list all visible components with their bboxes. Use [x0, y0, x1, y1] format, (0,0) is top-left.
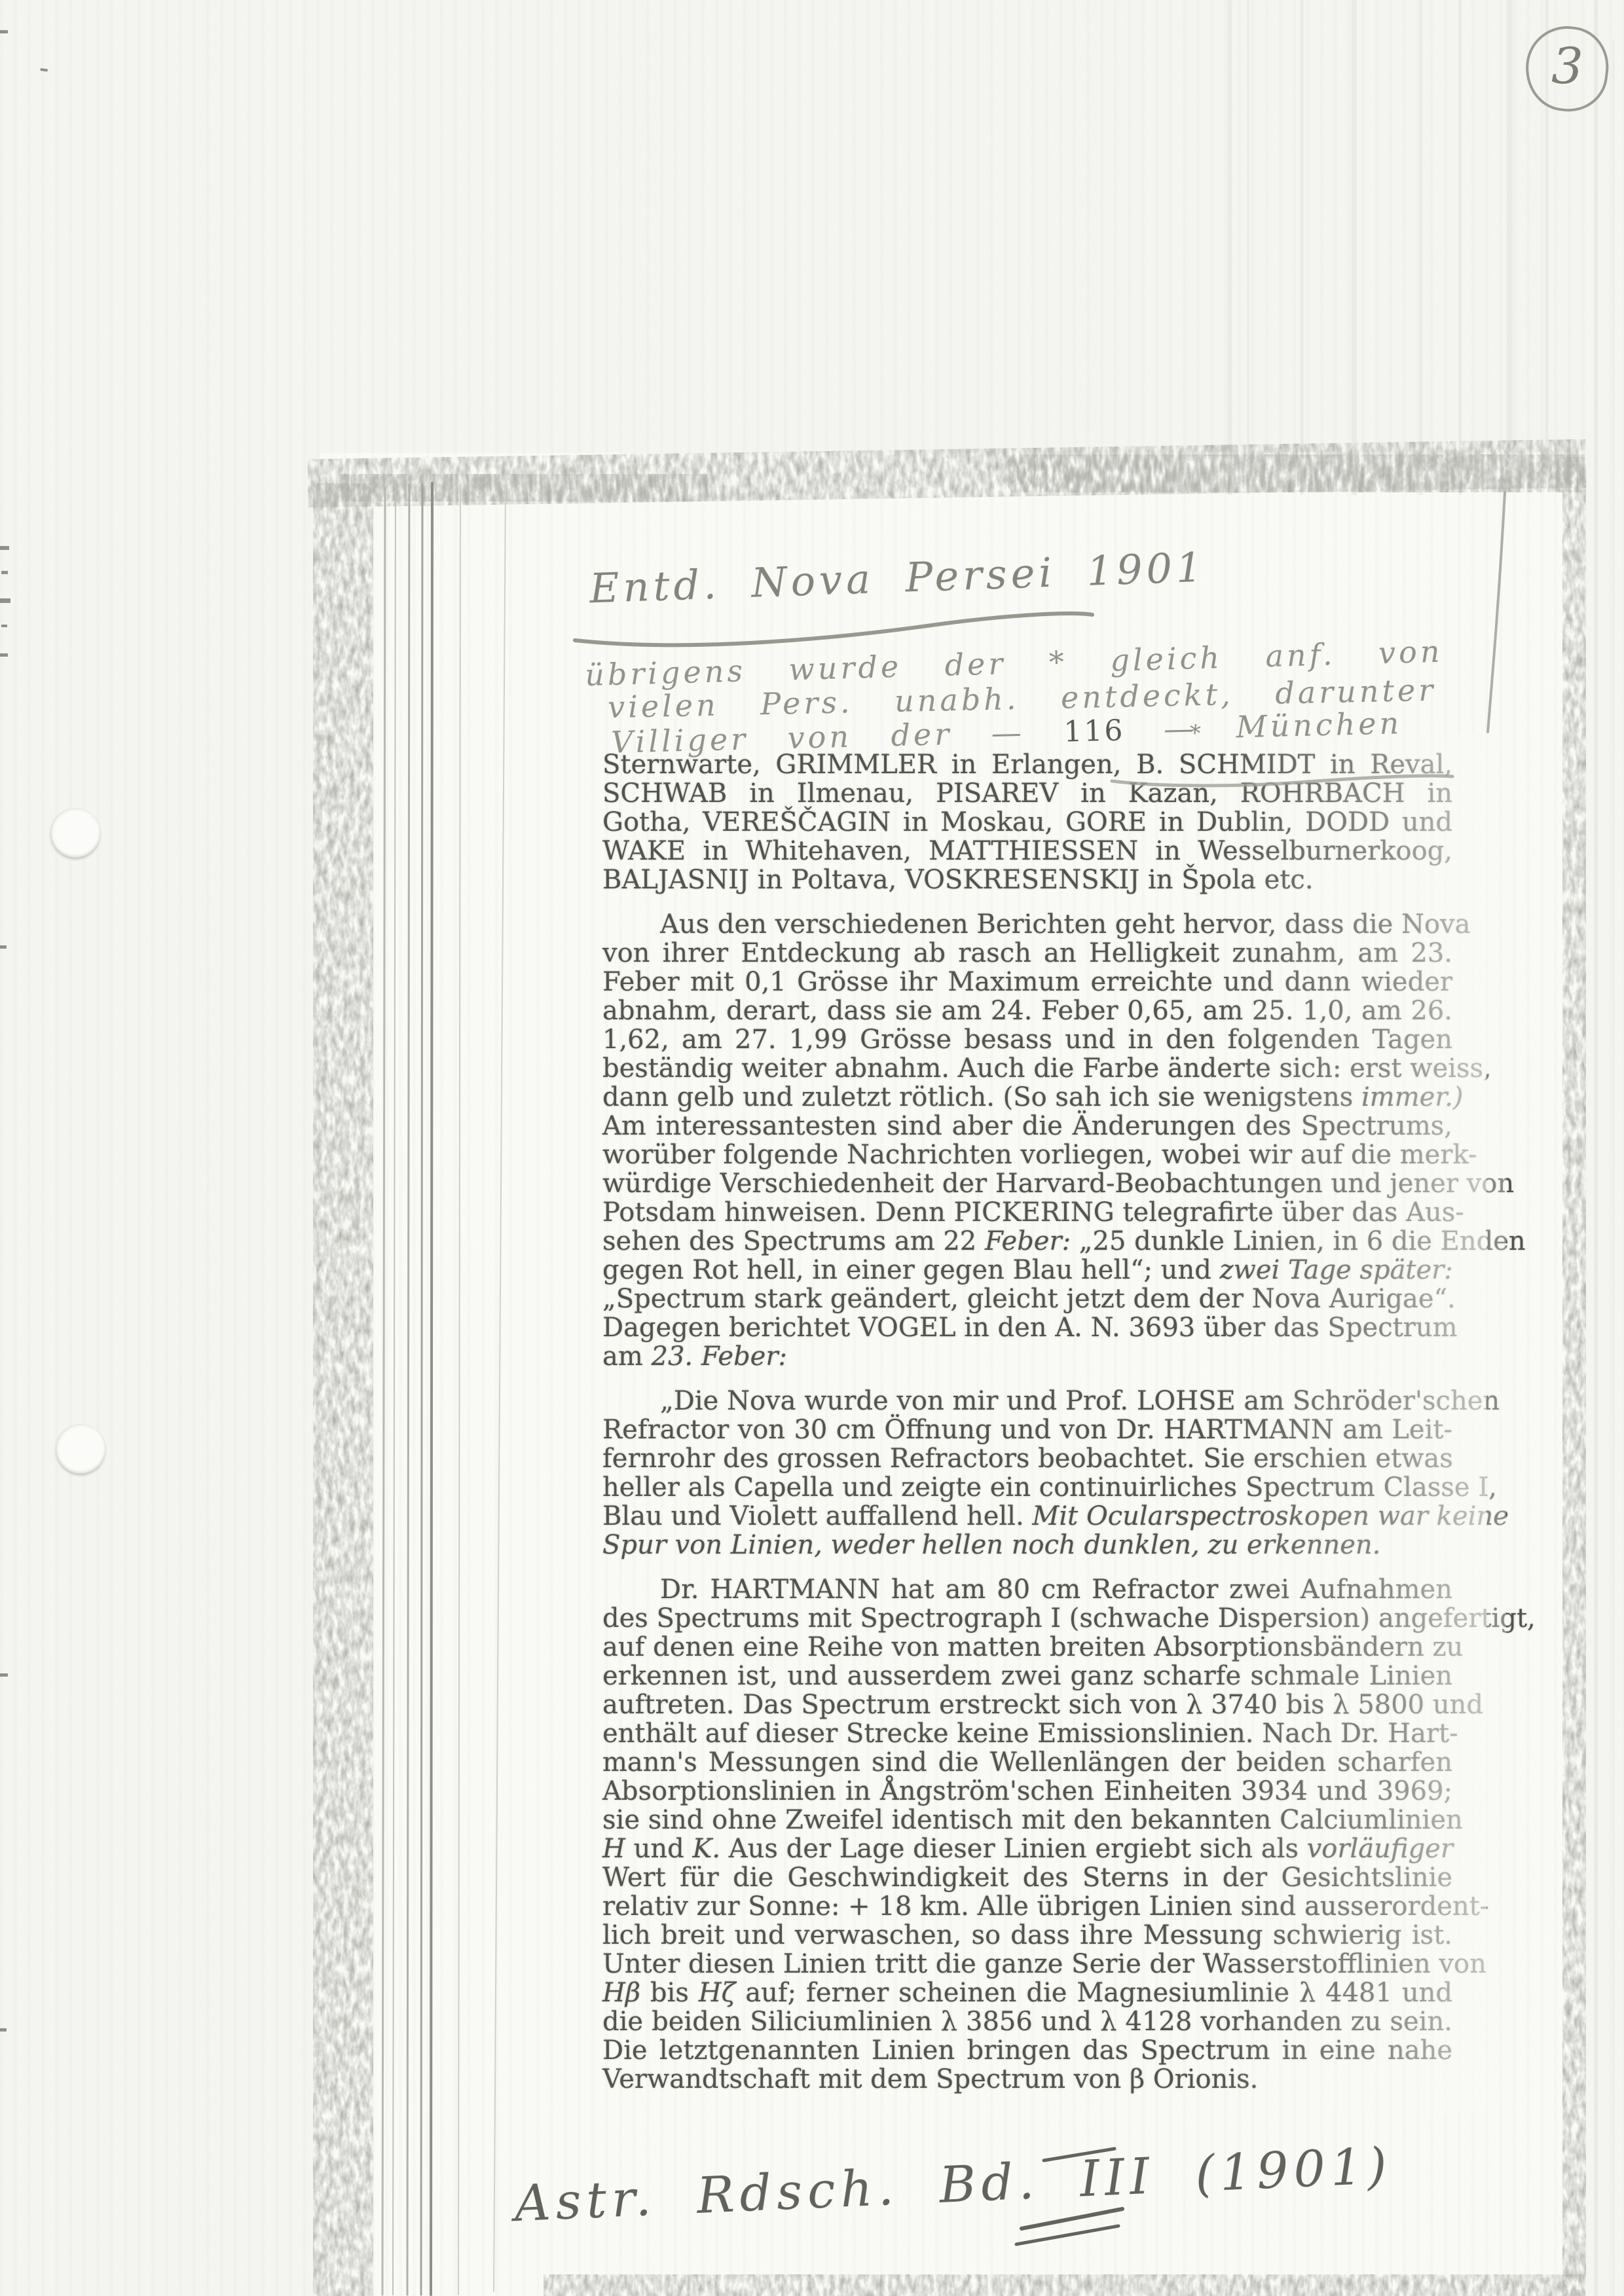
text-line: WAKE in Whitehaven, MATTHIESSEN in Wesse… — [602, 837, 1452, 866]
italic-run: Hβ — [602, 1978, 640, 2008]
text-line: worüber folgende Nachrichten vorliegen, … — [602, 1140, 1452, 1169]
text-line: „Spectrum stark geändert, gleicht jetzt … — [602, 1285, 1452, 1313]
text-line: Potsdam hinweisen. Denn PICKERING telegr… — [602, 1198, 1452, 1227]
text-line: 1,62, am 27. 1,99 Grösse besass und in d… — [602, 1025, 1452, 1054]
italic-run: 23. Feber: — [652, 1341, 787, 1372]
text-line: auftreten. Das Spectrum erstreckt sich v… — [602, 1690, 1452, 1719]
italic-run: zwei Tage später: — [1220, 1255, 1453, 1285]
text-line: dann gelb und zuletzt rötlich. (So sah i… — [602, 1083, 1452, 1112]
circled-page-number: 3 — [1521, 22, 1614, 116]
italic-run: immer.) — [1361, 1082, 1463, 1112]
text-line: Dr. HARTMANN hat am 80 cm Refractor zwei… — [602, 1575, 1452, 1604]
italic-run: K. — [692, 1834, 720, 1864]
text-line: Spur von Linien, weder hellen noch dunkl… — [602, 1531, 1452, 1559]
page-number: 3 — [1528, 36, 1607, 96]
citation-volume-roman: III — [1079, 2147, 1156, 2208]
text-line: würdige Verschiedenheit der Harvard-Beob… — [602, 1169, 1452, 1198]
text-line: fernrohr des grossen Refractors beobacht… — [602, 1444, 1452, 1473]
text-line: Gotha, VEREŠČAGIN in Moskau, GORE in Dub… — [602, 808, 1452, 837]
paragraph: „Die Nova wurde von mir und Prof. LOHSE … — [602, 1387, 1452, 1559]
paragraph: Aus den verschiedenen Berichten geht her… — [602, 910, 1452, 1371]
text-line: Wert für die Geschwindigkeit des Sterns … — [602, 1863, 1452, 1892]
text-run: am — [602, 1341, 652, 1372]
text-line: sie sind ohne Zweifel identisch mit den … — [602, 1806, 1452, 1834]
text-run: „25 dunkle Linien, in 6 die Enden — [1071, 1226, 1526, 1256]
text-line: Blau und Violett auffallend hell. Mit Oc… — [602, 1502, 1452, 1531]
printed-page-number-fragment: 116 — [1063, 714, 1125, 749]
text-line: Hβ bis Hζ auf; ferner scheinen die Magne… — [602, 1978, 1452, 2007]
text-line: „Die Nova wurde von mir und Prof. LOHSE … — [602, 1387, 1452, 1415]
text-line: Aus den verschiedenen Berichten geht her… — [602, 910, 1452, 939]
text-line: Verwandtschaft mit dem Spectrum von β Or… — [602, 2065, 1452, 2094]
text-line: Unter diesen Linien tritt die ganze Seri… — [602, 1950, 1452, 1978]
text-line: Dagegen berichtet VOGEL in den A. N. 369… — [602, 1313, 1452, 1342]
citation-year: (1901) — [1153, 2136, 1393, 2205]
text-line: gegen Rot hell, in einer gegen Blau hell… — [602, 1256, 1452, 1285]
text-line: des Spectrums mit Spectrograph I (schwac… — [602, 1604, 1452, 1633]
text-line: von ihrer Entdeckung ab rasch an Helligk… — [602, 939, 1452, 968]
text-line: Die letztgenannten Linien bringen das Sp… — [602, 2036, 1452, 2065]
paragraph: Dr. HARTMANN hat am 80 cm Refractor zwei… — [602, 1575, 1452, 2094]
paragraph: Sternwarte, GRIMMLER in Erlangen, B. SCH… — [602, 750, 1452, 894]
scanned-document-page: { "page_badge": { "number": "3" }, "colo… — [0, 0, 1624, 2296]
scanner-edge-marks — [0, 30, 48, 2032]
italic-run: Mit Ocularspectroskopen war keine — [1032, 1501, 1508, 1531]
text-run: bis — [640, 1978, 699, 2008]
text-line: am 23. Feber: — [602, 1342, 1452, 1371]
punch-hole-top — [50, 808, 100, 858]
italic-run: vorläufiger — [1307, 1834, 1453, 1864]
text-line: Am interessantesten sind aber die Änderu… — [602, 1112, 1452, 1140]
text-line: heller als Capella und zeigte ein contin… — [602, 1473, 1452, 1502]
text-line: abnahm, derart, dass sie am 24. Feber 0,… — [602, 996, 1452, 1025]
text-line: mann's Messungen sind die Wellenlängen d… — [602, 1748, 1452, 1777]
italic-run: Spur von Linien, weder hellen noch dunkl… — [602, 1530, 1380, 1560]
printed-text: Sternwarte, GRIMMLER in Erlangen, B. SCH… — [602, 750, 1452, 2094]
text-run: auf; ferner scheinen die Magnesiumlinie … — [735, 1978, 1452, 2008]
text-line: SCHWAB in Ilmenau, PISAREV in Kazan, ROH… — [602, 779, 1452, 808]
text-run: gegen Rot hell, in einer gegen Blau hell… — [602, 1255, 1220, 1285]
text-line: sehen des Spectrums am 22 Feber: „25 dun… — [602, 1227, 1452, 1256]
text-line: die beiden Siliciumlinien λ 3856 und λ 4… — [602, 2007, 1452, 2036]
text-line: Refractor von 30 cm Öffnung und von Dr. … — [602, 1415, 1452, 1444]
text-line: erkennen ist, und ausserdem zwei ganz sc… — [602, 1662, 1452, 1690]
text-run: Aus der Lage dieser Linien ergiebt sich … — [720, 1834, 1307, 1864]
text-line: Feber mit 0,1 Grösse ihr Maximum erreich… — [602, 968, 1452, 996]
italic-run: Feber: — [985, 1226, 1071, 1256]
text-line: H und K. Aus der Lage dieser Linien ergi… — [602, 1834, 1452, 1863]
text-line: enthält auf dieser Strecke keine Emissio… — [602, 1719, 1452, 1748]
text-run: dann gelb und zuletzt rötlich. (So sah i… — [602, 1082, 1361, 1112]
text-line: beständig weiter abnahm. Auch die Farbe … — [602, 1054, 1452, 1083]
text-line: relativ zur Sonne: + 18 km. Alle übrigen… — [602, 1892, 1452, 1921]
text-run: und — [625, 1834, 693, 1864]
italic-run: Hζ — [699, 1978, 736, 2008]
italic-run: H — [602, 1834, 625, 1864]
text-line: auf denen eine Reihe von matten breiten … — [602, 1633, 1452, 1662]
text-line: BALJASNIJ in Poltava, VOSKRESENSKIJ in Š… — [602, 866, 1452, 894]
text-line: Absorptionslinien in Ångström'schen Einh… — [602, 1777, 1452, 1806]
text-line: lich breit und verwaschen, so dass ihre … — [602, 1921, 1452, 1950]
text-run: Blau und Violett auffallend hell. — [602, 1501, 1032, 1531]
punch-hole-bottom — [56, 1424, 105, 1474]
text-run: sehen des Spectrums am 22 — [602, 1226, 985, 1256]
